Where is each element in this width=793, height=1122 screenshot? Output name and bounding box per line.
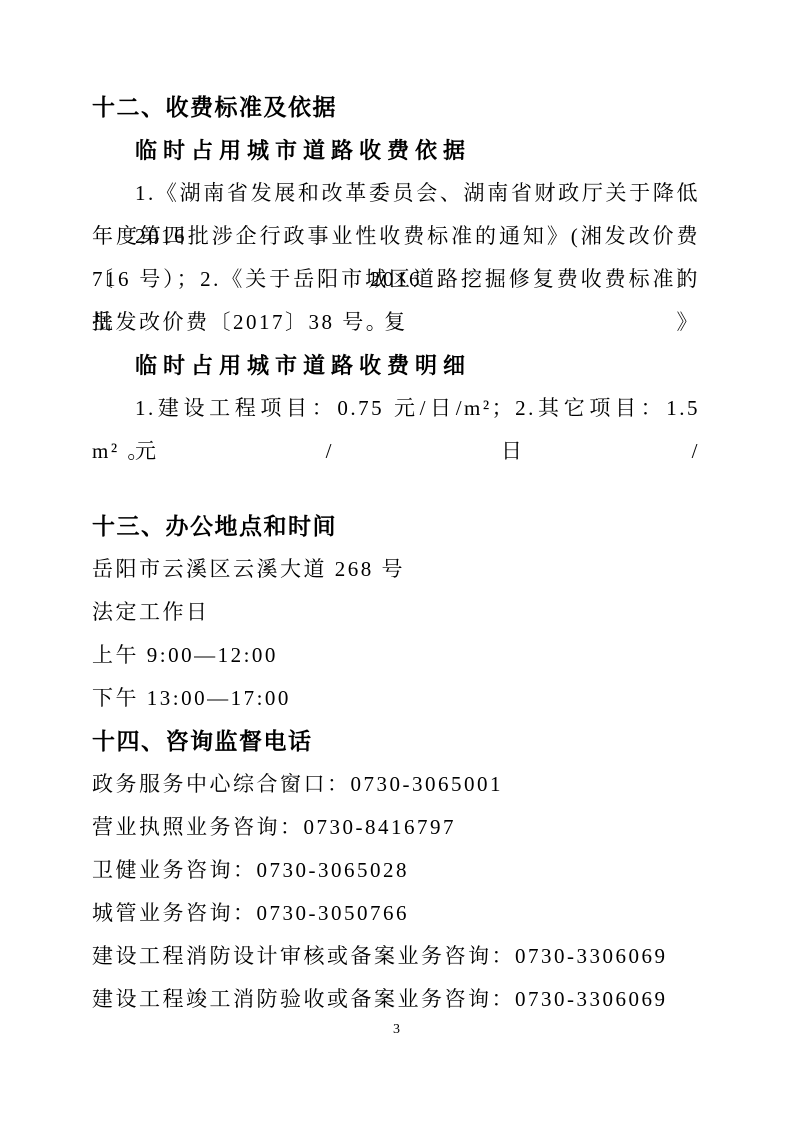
basis-paragraph-line: 1.《湖南省发展和改革委员会、湖南省财政厅关于降低 2016 (135, 172, 700, 215)
basis-paragraph-line: 716 号）；2.《关于岳阳市城区道路挖掘修复费收费标准的批复》 (92, 258, 700, 301)
section-12-subheading-basis: 临时占用城市道路收费依据 (135, 129, 700, 172)
section-13-heading: 十三、办公地点和时间 (92, 505, 700, 548)
morning-hours-line: 上午 9:00—12:00 (92, 634, 700, 677)
phone-line-health: 卫健业务咨询：0730-3065028 (92, 849, 700, 892)
phone-line-urban-management: 城管业务咨询：0730-3050766 (92, 892, 700, 935)
workday-line: 法定工作日 (92, 591, 700, 634)
phone-line-service-center: 政务服务中心综合窗口：0730-3065001 (92, 763, 700, 806)
document-content: 十二、收费标准及依据 临时占用城市道路收费依据 1.《湖南省发展和改革委员会、湖… (92, 86, 700, 1021)
phone-line-fire-completion-acceptance: 建设工程竣工消防验收或备案业务咨询：0730-3306069 (92, 978, 700, 1021)
document-page: 十二、收费标准及依据 临时占用城市道路收费依据 1.《湖南省发展和改革委员会、湖… (0, 0, 793, 1122)
phone-line-business-license: 营业执照业务咨询：0730-8416797 (92, 806, 700, 849)
basis-paragraph-line: 年度第四批涉企行政事业性收费标准的通知》(湘发改价费〔2016〕 (92, 215, 700, 258)
page-number: 3 (0, 1020, 793, 1040)
section-14-heading: 十四、咨询监督电话 (92, 720, 700, 763)
section-spacer (92, 473, 700, 505)
office-address-line: 岳阳市云溪区云溪大道 268 号 (92, 548, 700, 591)
section-12-heading: 十二、收费标准及依据 (92, 86, 700, 129)
afternoon-hours-line: 下午 13:00—17:00 (92, 677, 700, 720)
detail-paragraph-line: 1.建设工程项目：0.75 元/日/m²；2.其它项目：1.5 元/日/ (135, 387, 700, 430)
section-12-subheading-detail: 临时占用城市道路收费明细 (135, 344, 700, 387)
phone-line-fire-design-review: 建设工程消防设计审核或备案业务咨询：0730-3306069 (92, 935, 700, 978)
